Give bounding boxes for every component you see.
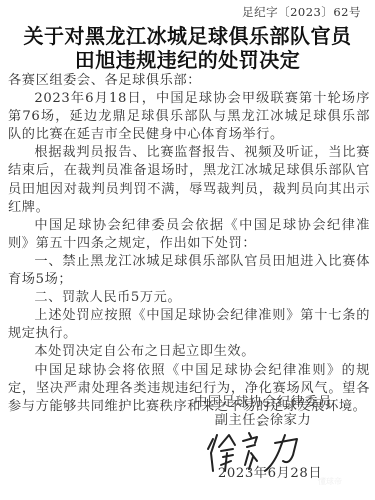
paragraph-effective: 本处罚决定自公布之日起立即生效。 — [8, 343, 370, 361]
paragraph-execution: 上述处罚应按照《中国足球协会纪律准则》第十七条的规定执行。 — [8, 307, 370, 343]
paragraph-incident: 根据裁判员报告、比赛监督报告、视频及听证，当比赛结束后，在裁判员准备退场时，黑龙… — [8, 144, 370, 216]
document-number: 足纪字〔2023〕62号 — [242, 4, 361, 20]
paragraph-penalty-2: 二、罚款人民币5万元。 — [8, 289, 370, 307]
paragraph-match-info: 2023年6月18日，中国足球协会甲级联赛第十轮场序第76场，延边龙鼎足球俱乐部… — [8, 90, 370, 144]
salutation: 各赛区组委会、各足球俱乐部： — [8, 72, 370, 90]
watermark: 懂球帝 — [318, 476, 342, 487]
paragraph-penalty-1: 一、禁止黑龙江冰城足球俱乐部队官员田旭进入比赛体育场5场； — [8, 253, 370, 289]
document-title-line-2: 田旭违规违纪的处罚决定 — [0, 49, 375, 71]
document-title-line-1: 关于对黑龙江冰城足球俱乐部队官员 — [0, 25, 375, 47]
document-body: 各赛区组委会、各足球俱乐部： 2023年6月18日，中国足球协会甲级联赛第十轮场… — [8, 72, 370, 416]
paragraph-basis: 中国足球协会纪律委员会依据《中国足球协会纪律准则》第五十四条之规定，作出如下处罚… — [8, 217, 370, 253]
